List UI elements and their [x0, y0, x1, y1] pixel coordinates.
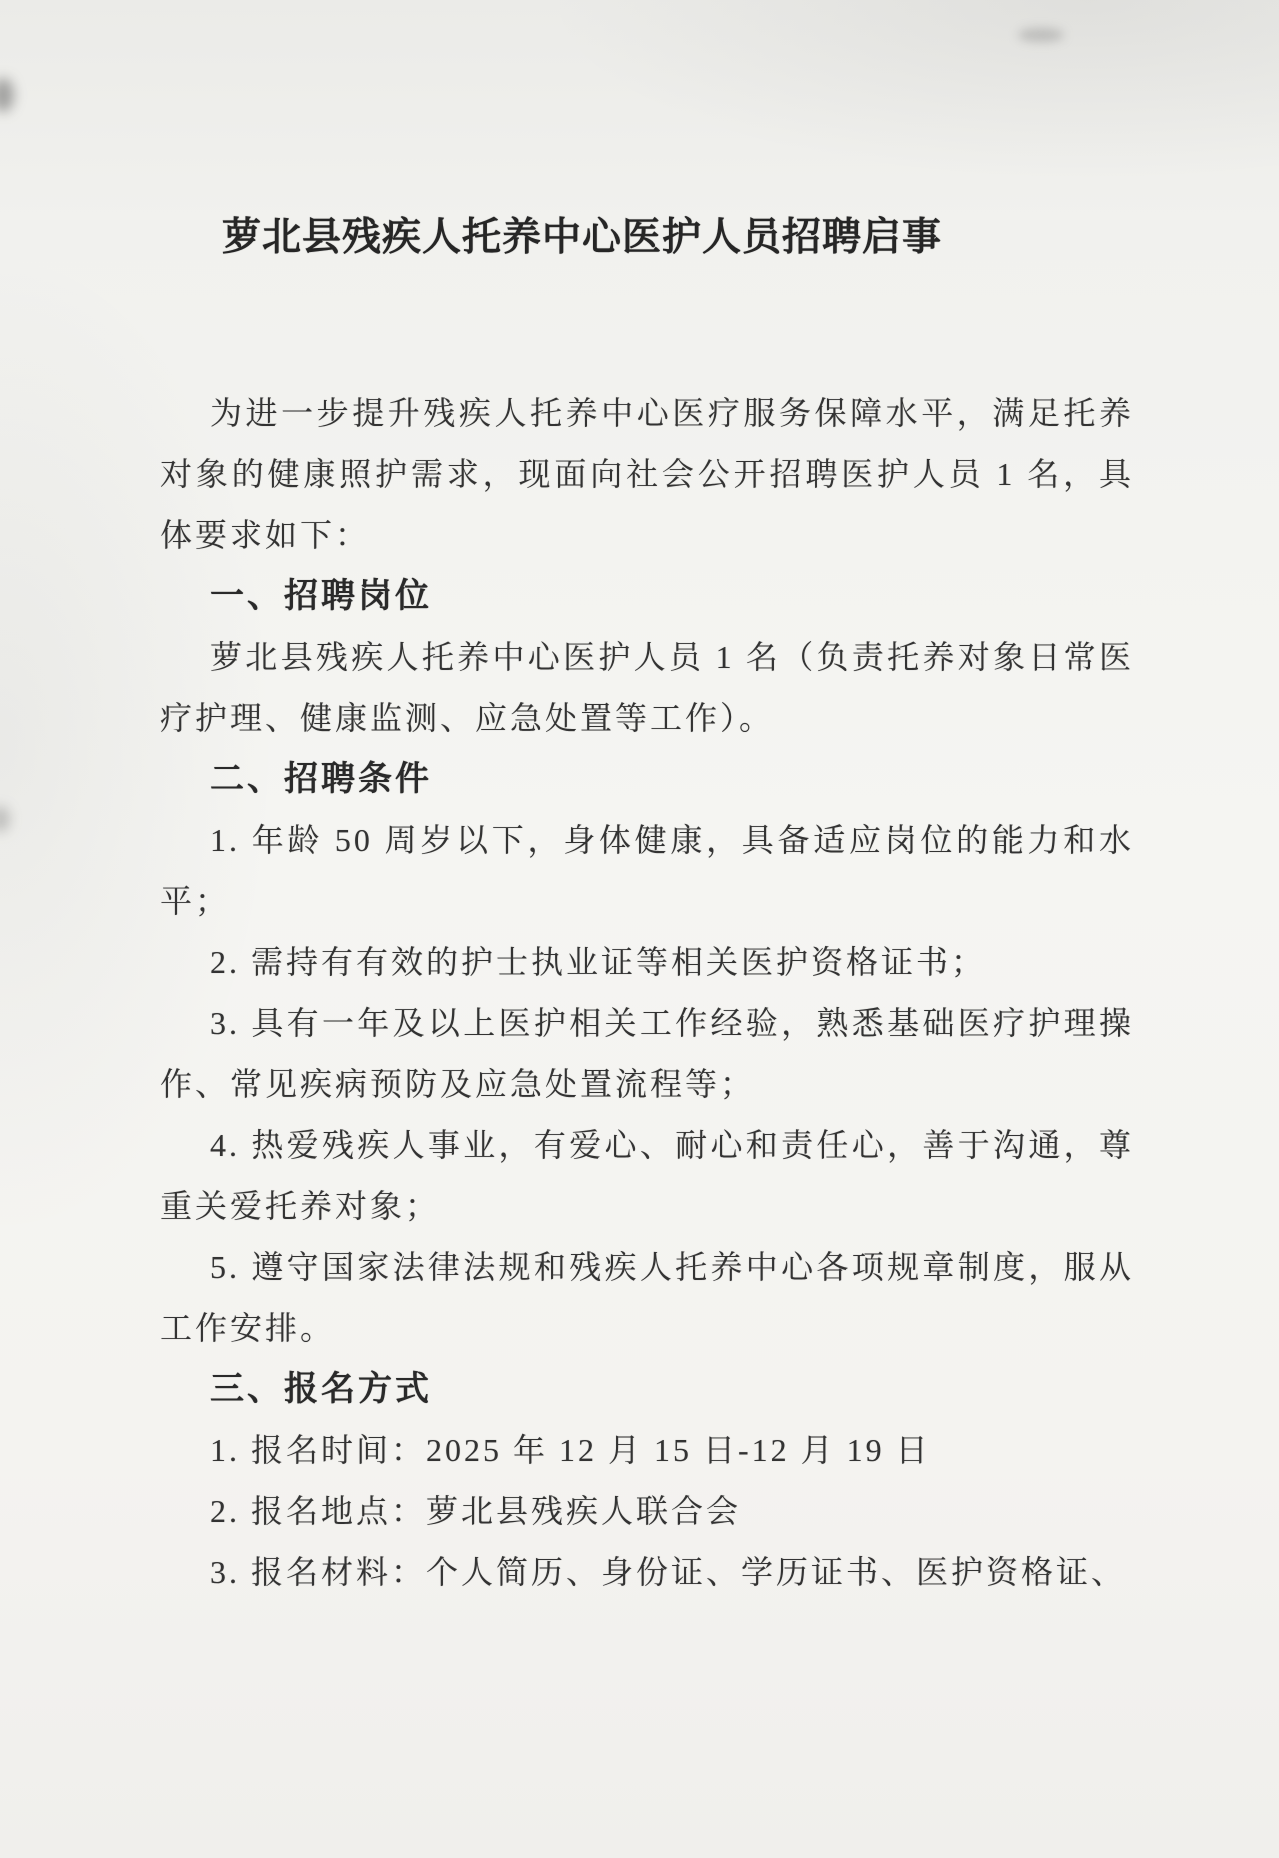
application-location-item: 2. 报名地点：萝北县残疾人联合会	[160, 1481, 1134, 1542]
application-materials-item: 3. 报名材料：个人简历、身份证、学历证书、医护资格证、	[160, 1542, 1134, 1603]
scan-smudge-artifact	[1018, 28, 1064, 42]
requirement-item-5: 5. 遵守国家法律法规和残疾人托养中心各项规章制度，服从工作安排。	[160, 1237, 1134, 1359]
requirement-item-1: 1. 年龄 50 周岁以下，身体健康，具备适应岗位的能力和水平；	[160, 810, 1134, 932]
scan-smudge-artifact	[0, 806, 10, 832]
section-heading-application-method: 三、报名方式	[160, 1359, 1134, 1420]
requirement-item-2: 2. 需持有有效的护士执业证等相关医护资格证书；	[160, 932, 1134, 993]
section-heading-recruitment-position: 一、招聘岗位	[160, 566, 1134, 627]
scanned-document-page: 萝北县残疾人托养中心医护人员招聘启事 为进一步提升残疾人托养中心医疗服务保障水平…	[0, 0, 1279, 1858]
document-title: 萝北县残疾人托养中心医护人员招聘启事	[95, 208, 1069, 268]
requirement-item-3: 3. 具有一年及以上医护相关工作经验，熟悉基础医疗护理操作、常见疾病预防及应急处…	[160, 993, 1134, 1115]
application-time-item: 1. 报名时间：2025 年 12 月 15 日-12 月 19 日	[160, 1420, 1134, 1481]
section-1-paragraph: 萝北县残疾人托养中心医护人员 1 名（负责托养对象日常医疗护理、健康监测、应急处…	[160, 627, 1134, 749]
intro-paragraph: 为进一步提升残疾人托养中心医疗服务保障水平，满足托养对象的健康照护需求，现面向社…	[160, 383, 1134, 566]
requirement-item-4: 4. 热爱残疾人事业，有爱心、耐心和责任心，善于沟通，尊重关爱托养对象；	[160, 1115, 1134, 1237]
document-body: 为进一步提升残疾人托养中心医疗服务保障水平，满足托养对象的健康照护需求，现面向社…	[160, 383, 1134, 1603]
scan-smudge-artifact	[0, 78, 14, 112]
section-heading-recruitment-requirements: 二、招聘条件	[160, 749, 1134, 810]
